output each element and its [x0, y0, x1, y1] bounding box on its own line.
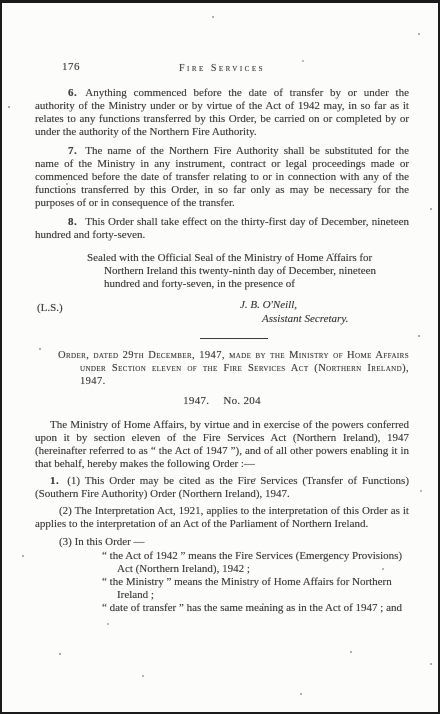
article-1-clause-1-text: (1) This Order may be cited as the Fire …	[35, 475, 409, 500]
paragraph-6-number: 6.	[68, 87, 77, 99]
definitions-list: “ the Act of 1942 ” means the Fire Servi…	[102, 550, 409, 615]
seal-mark: (L.S.)	[37, 302, 63, 315]
paragraph-6: 6.Anything commenced before the date of …	[35, 87, 409, 139]
definition-the-ministry: “ the Ministry ” means the Ministry of H…	[102, 576, 404, 602]
paragraph-7-number: 7.	[68, 145, 77, 157]
article-1-clause-3-intro: (3) In this Order —	[35, 536, 409, 549]
order-number: No. 204	[223, 395, 261, 407]
preamble: The Ministry of Home Affairs, by virtue …	[35, 419, 409, 471]
paragraph-7-text: The name of the Northern Fire Authority …	[35, 145, 409, 209]
order-number-line: 1947.No. 204	[35, 395, 409, 408]
paragraph-8-number: 8.	[68, 216, 77, 228]
scan-noise	[2, 3, 4, 5]
order-heading: Order, dated 29th December, 1947, made b…	[58, 349, 409, 388]
paragraph-7: 7.The name of the Northern Fire Authorit…	[35, 145, 409, 210]
article-1-clause-2: (2) The Interpretation Act, 1921, applie…	[35, 505, 409, 531]
page-header: 176 Fire Services	[35, 61, 409, 74]
section-divider	[200, 338, 268, 339]
paragraph-8-text: This Order shall take effect on the thir…	[35, 216, 409, 241]
article-1-number: 1.	[50, 475, 59, 487]
definition-date-of-transfer: “ date of transfer ” has the same meanin…	[102, 602, 404, 615]
order-year: 1947.	[183, 395, 209, 407]
article-1-clause-1: 1.(1) This Order may be cited as the Fir…	[35, 475, 409, 501]
sealing-clause: Sealed with the Official Seal of the Min…	[87, 252, 412, 291]
running-header: Fire Services	[35, 62, 409, 75]
signature-block: (L.S.) J. B. O'Neill, Assistant Secretar…	[35, 299, 409, 330]
scanned-document-page: 176 Fire Services 6.Anything commenced b…	[0, 0, 440, 714]
paragraph-6-text: Anything commenced before the date of tr…	[35, 87, 409, 138]
signatory-title: Assistant Secretary.	[262, 313, 348, 326]
signatory-name: J. B. O'Neill,	[240, 299, 297, 312]
text-block: 176 Fire Services 6.Anything commenced b…	[35, 61, 409, 615]
paragraph-8: 8.This Order shall take effect on the th…	[35, 216, 409, 242]
definition-act-of-1942: “ the Act of 1942 ” means the Fire Servi…	[102, 550, 404, 576]
